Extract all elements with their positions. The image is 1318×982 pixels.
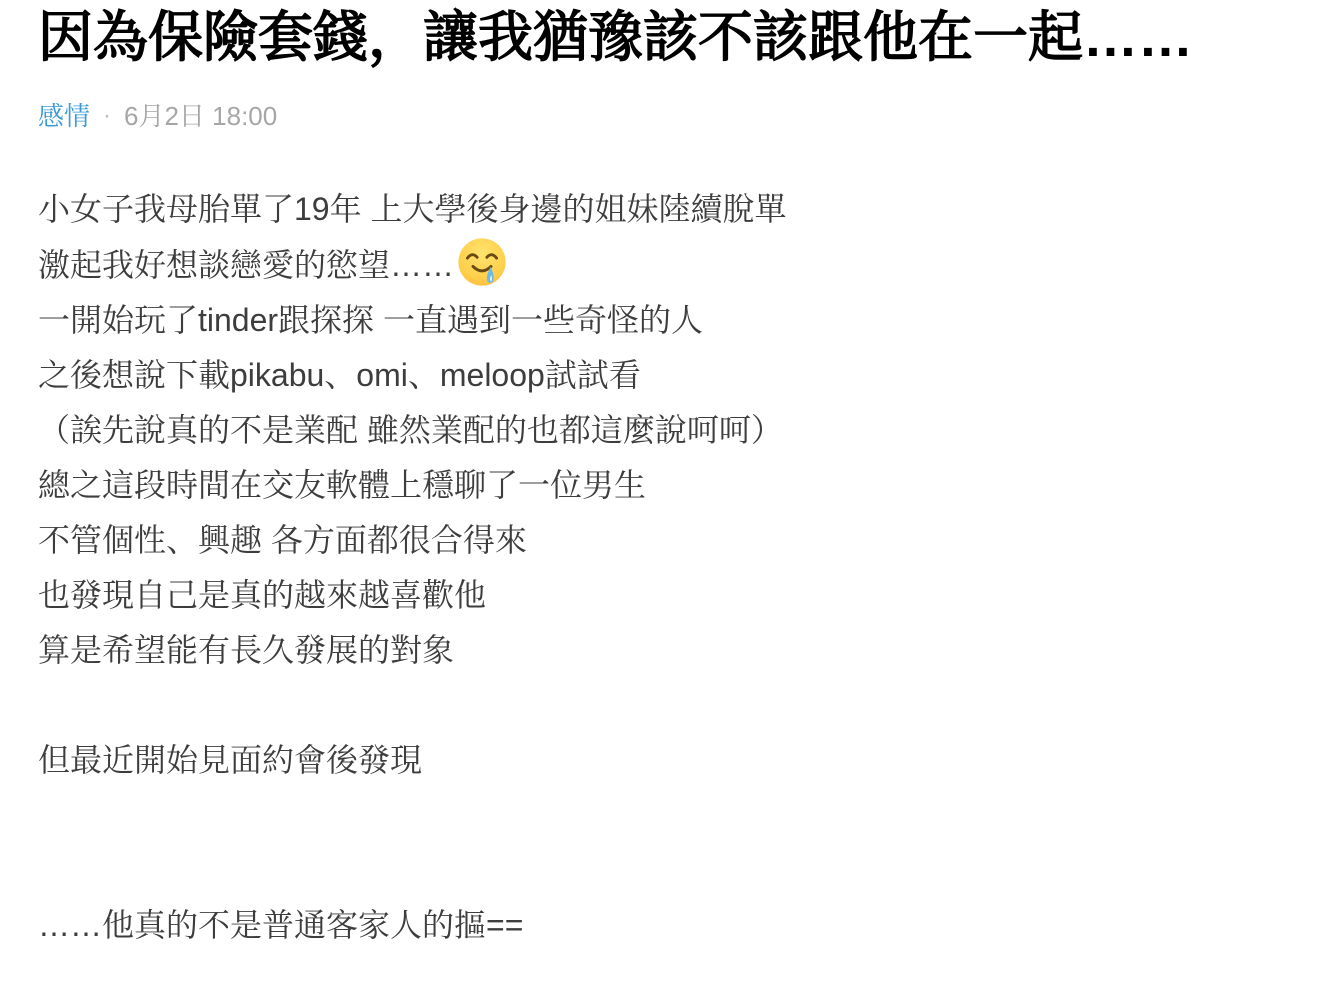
body-line-text: 也發現自己是真的越來越喜歡他 [38, 577, 486, 613]
body-line-blank [38, 843, 1268, 898]
body-line: 也發現自己是真的越來越喜歡他 [38, 568, 1268, 623]
body-line-blank [38, 678, 1268, 733]
meta-separator: · [103, 100, 111, 132]
body-line: 不管個性、興趣 各方面都很合得來 [38, 513, 1268, 568]
body-line: 小女子我母胎單了19年 上大學後身邊的姐妹陸續脫單 [38, 182, 1268, 237]
body-line: 總之這段時間在交友軟體上穩聊了一位男生 [38, 458, 1268, 513]
post-title: 因為保險套錢，讓我猶豫該不該跟他在一起…… [38, 4, 1268, 70]
body-line: （誒先說真的不是業配 雖然業配的也都這麼說呵呵） [38, 403, 1268, 458]
post-meta: 感情 · 6月2日 18:00 [38, 100, 1268, 132]
body-line: 激起我好想談戀愛的慾望…… [38, 237, 1268, 293]
body-line-text: （誒先說真的不是業配 雖然業配的也都這麼說呵呵） [38, 412, 783, 448]
body-line-blank [38, 788, 1268, 843]
body-line: 但最近開始見面約會後發現 [38, 733, 1268, 788]
body-line-text: ……他真的不是普通客家人的摳== [38, 907, 523, 943]
body-line-text: 總之這段時間在交友軟體上穩聊了一位男生 [38, 467, 646, 503]
body-line: 一開始玩了tinder跟探探 一直遇到一些奇怪的人 [38, 293, 1268, 348]
drooling-face-emoji [457, 237, 507, 287]
post-page: 因為保險套錢，讓我猶豫該不該跟他在一起…… 感情 · 6月2日 18:00 小女… [0, 4, 1318, 953]
body-line: ……他真的不是普通客家人的摳== [38, 898, 1268, 953]
body-line-text: 激起我好想談戀愛的慾望…… [38, 247, 454, 283]
body-line-text: 但最近開始見面約會後發現 [38, 742, 422, 778]
body-line-text: 不管個性、興趣 各方面都很合得來 [38, 522, 527, 558]
body-line-text: 算是希望能有長久發展的對象 [38, 632, 454, 668]
category-link[interactable]: 感情 [38, 100, 90, 132]
body-line: 之後想說下載pikabu、omi、meloop試試看 [38, 348, 1268, 403]
post-body: 小女子我母胎單了19年 上大學後身邊的姐妹陸續脫單 激起我好想談戀愛的慾望…… … [38, 182, 1268, 953]
body-line-text: 之後想說下載pikabu、omi、meloop試試看 [38, 357, 641, 393]
body-line-text: 小女子我母胎單了19年 上大學後身邊的姐妹陸續脫單 [38, 191, 787, 227]
body-line-text: 一開始玩了tinder跟探探 一直遇到一些奇怪的人 [38, 302, 703, 338]
body-line: 算是希望能有長久發展的對象 [38, 623, 1268, 678]
post-timestamp: 6月2日 18:00 [124, 100, 277, 132]
